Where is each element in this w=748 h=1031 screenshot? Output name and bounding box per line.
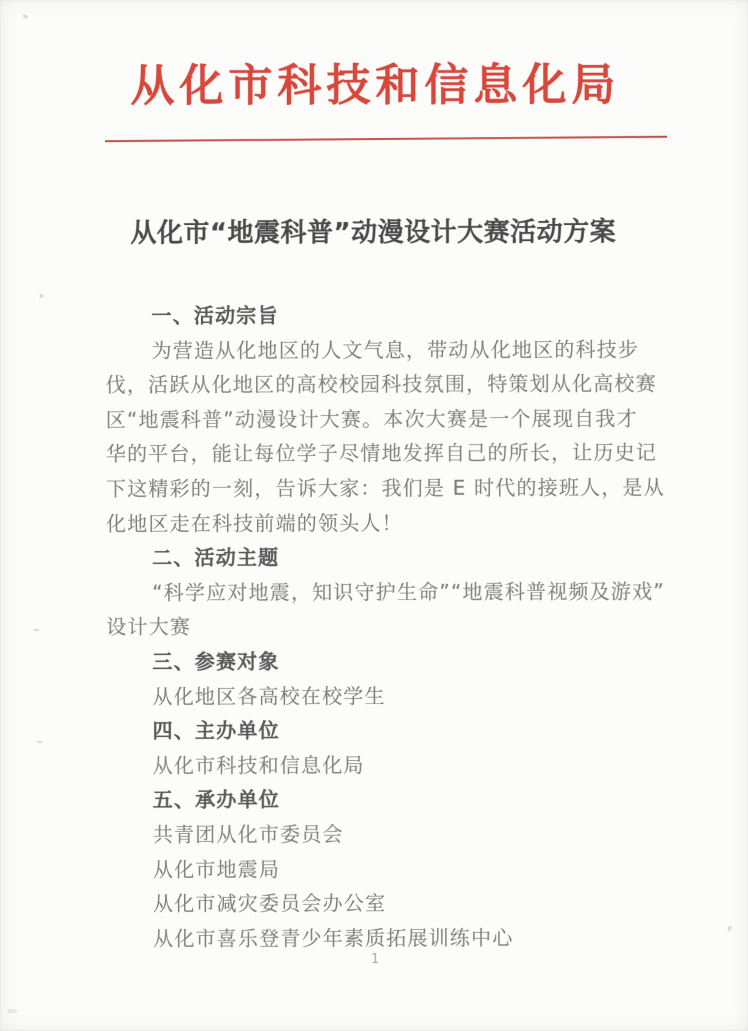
- document-body: 一、活动宗旨 为营造从化地区的人文气息，带动从化地区的科技步 伐，活跃从化地区的…: [105, 297, 687, 956]
- document-title: 从化市“地震科普”动漫设计大赛活动方案: [0, 217, 747, 249]
- paragraph-line: 设计大赛: [106, 609, 686, 645]
- list-item: 从化市地震局: [107, 851, 687, 887]
- scan-speck: [39, 294, 43, 298]
- scan-speck: [37, 741, 43, 743]
- section-4-heading: 四、主办单位: [107, 712, 687, 748]
- agency-letterhead: 从化市科技和信息化局: [0, 57, 747, 115]
- page-number: 1: [1, 951, 748, 968]
- section-2-heading: 二、活动主题: [106, 539, 686, 575]
- list-item: 从化市减灾委员会办公室: [107, 885, 687, 921]
- paragraph-line: 伐，活跃从化地区的高校校园科技氛围，特策划从化高校赛: [106, 366, 686, 402]
- scan-speck: [33, 629, 39, 631]
- list-item: 从化地区各高校在校学生: [106, 678, 686, 714]
- paragraph-line: 区“地震科普”动漫设计大赛。本次大赛是一个展现自我才: [106, 401, 686, 437]
- list-item: 共青团从化市委员会: [107, 816, 687, 852]
- section-1-heading: 一、活动宗旨: [105, 297, 685, 333]
- section-5-heading: 五、承办单位: [107, 781, 687, 817]
- paragraph-line: 化地区走在科技前端的领头人！: [106, 505, 686, 541]
- list-item: 从化市科技和信息化局: [107, 747, 687, 783]
- paragraph-line: 华的平台，能让每位学子尽情地发挥自己的所长，让历史记: [106, 436, 686, 472]
- paragraph-line: “科学应对地震，知识守护生命”“地震科普视频及游戏”: [106, 574, 686, 610]
- paragraph-line: 为营造从化地区的人文气息，带动从化地区的科技步: [106, 332, 686, 368]
- scan-speck: [7, 1009, 17, 1013]
- paragraph-line: 下这精彩的一刻，告诉大家：我们是 E 时代的接班人，是从: [106, 470, 686, 506]
- scan-speck: [727, 926, 732, 932]
- section-3-heading: 三、参赛对象: [106, 643, 686, 679]
- scan-content: 从化市科技和信息化局 从化市“地震科普”动漫设计大赛活动方案 一、活动宗旨 为营…: [0, 0, 748, 1031]
- scan-speck: [22, 14, 28, 19]
- scanned-document-page: 从化市科技和信息化局 从化市“地震科普”动漫设计大赛活动方案 一、活动宗旨 为营…: [0, 0, 748, 1031]
- letterhead-separator-line: [105, 136, 667, 142]
